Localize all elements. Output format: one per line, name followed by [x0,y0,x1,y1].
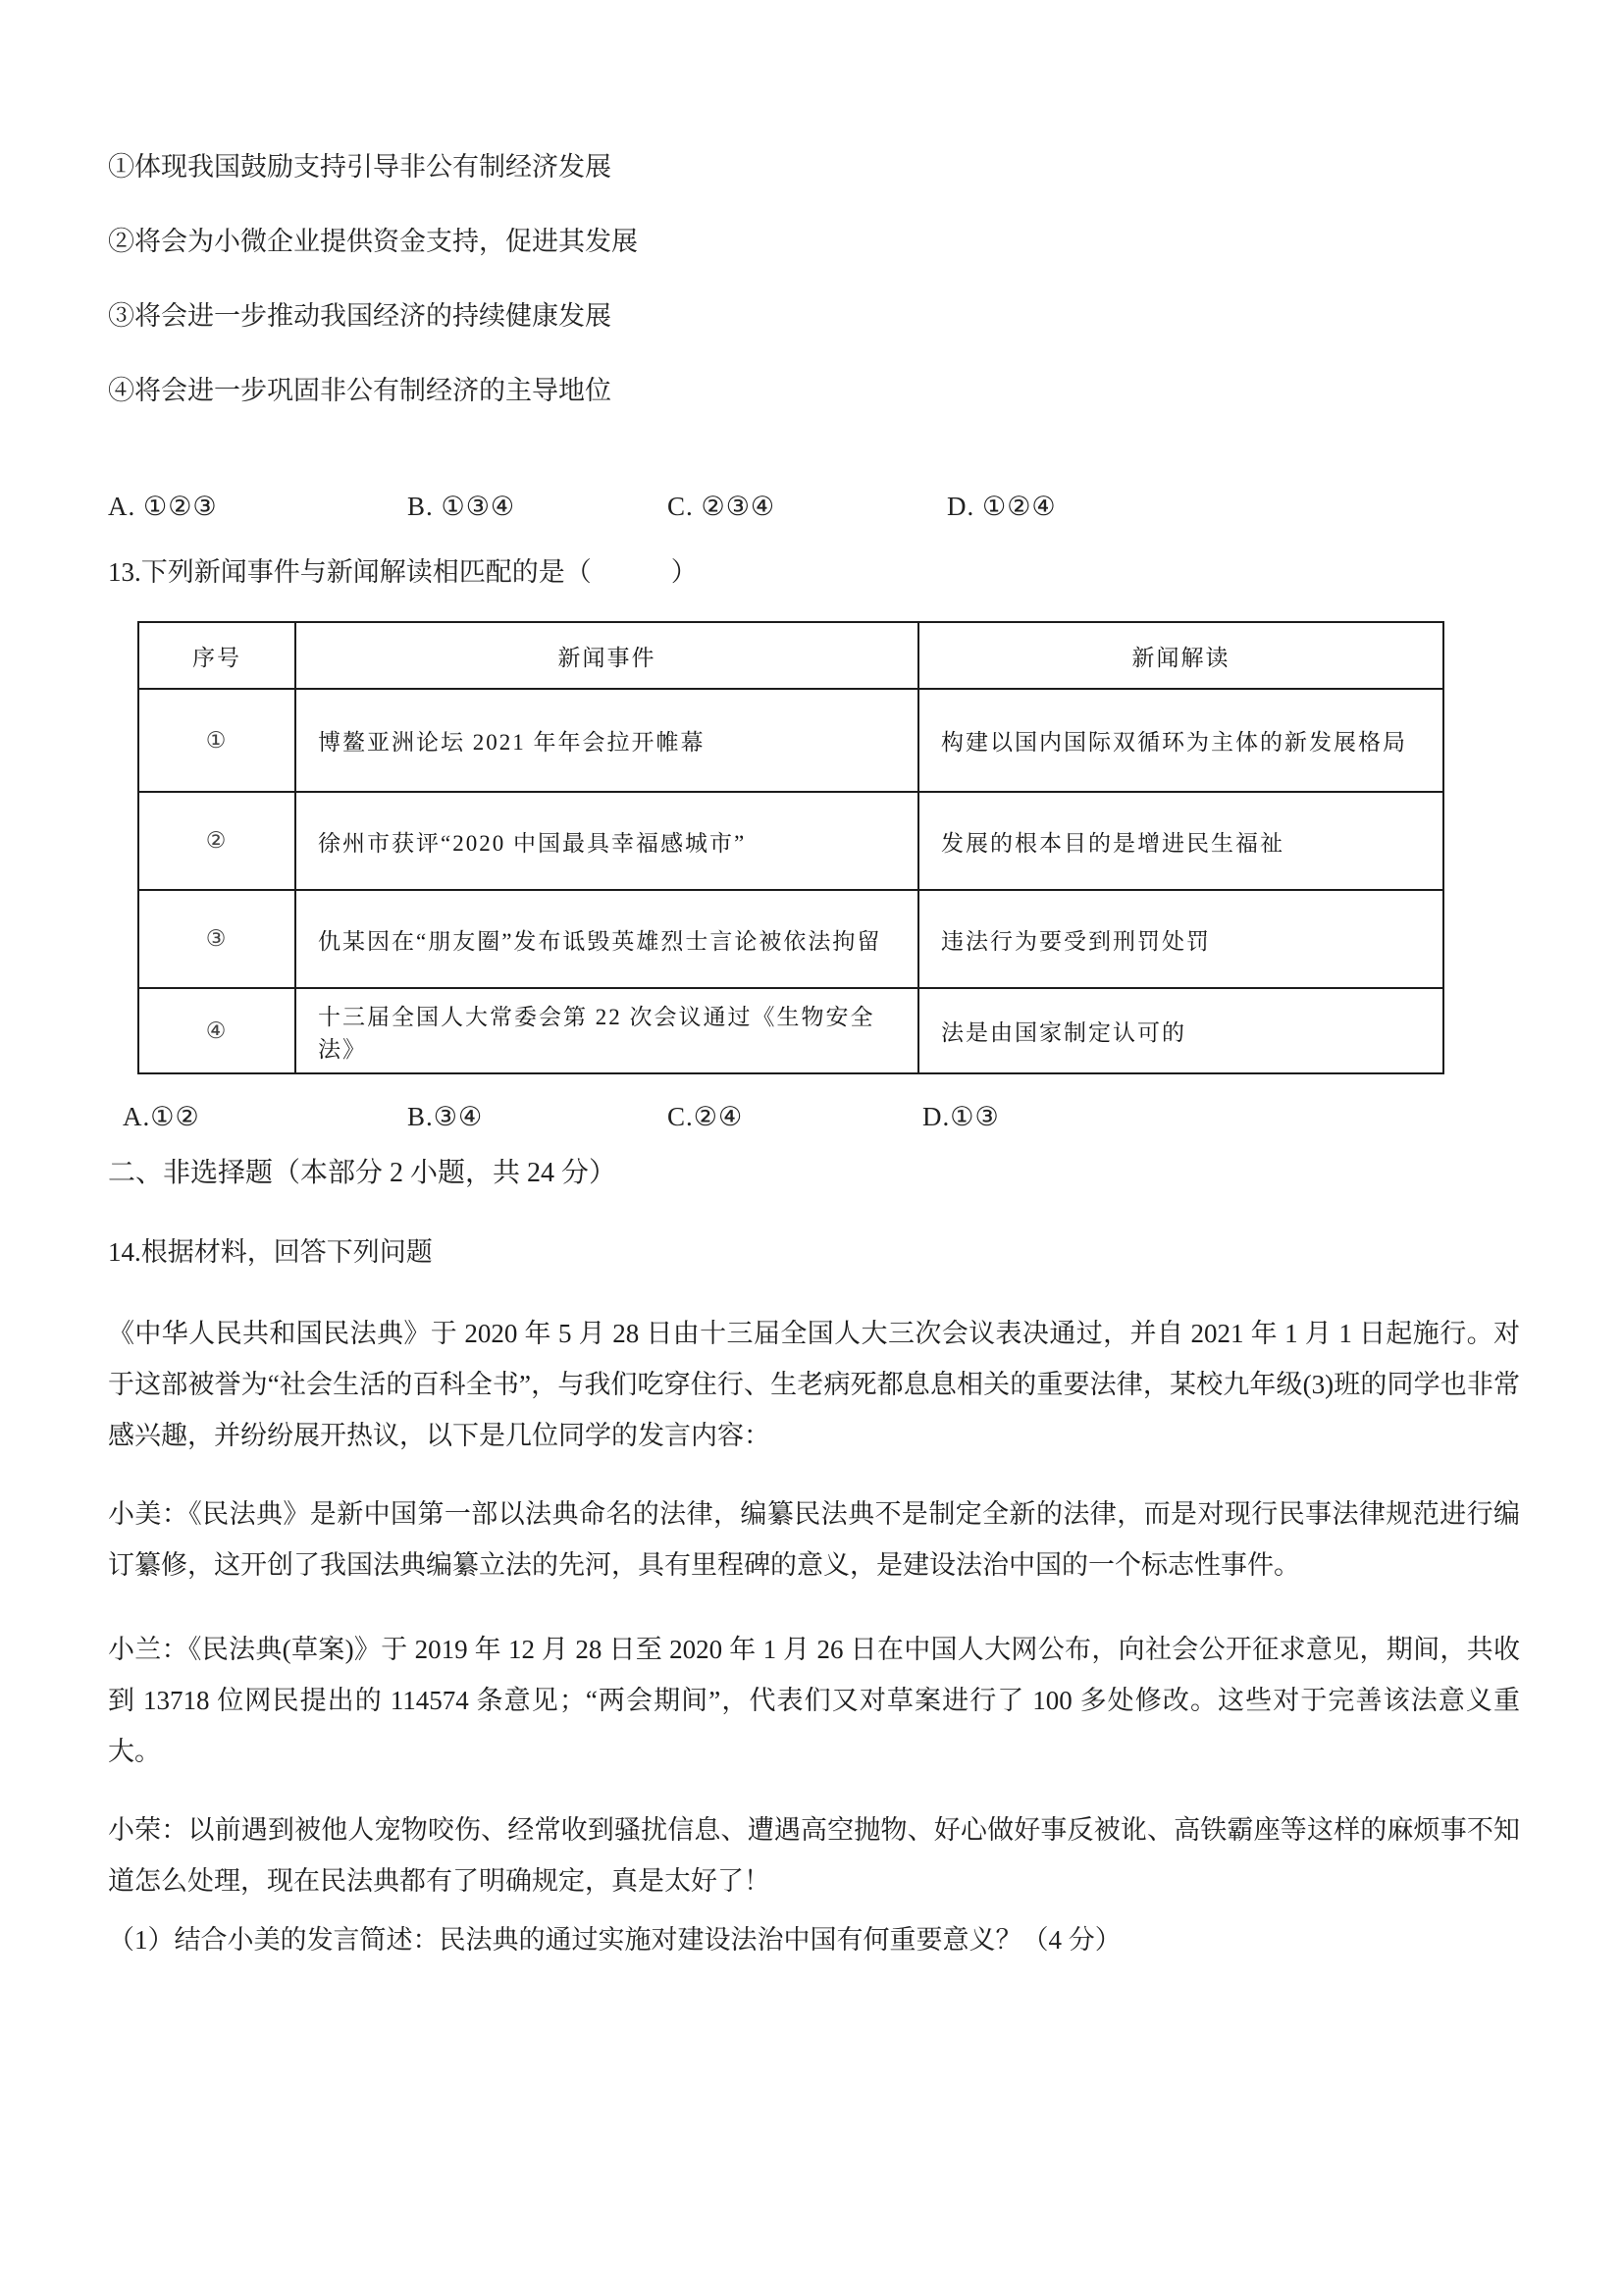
table-header-row: 序号 新闻事件 新闻解读 [138,622,1443,689]
q13-choice-d: D.①③ [922,1099,1520,1134]
table-cell-event: 徐州市获评“2020 中国最具幸福感城市” [295,792,918,890]
q12-statement-4: ④将会进一步巩固非公有制经济的主导地位 [108,373,1520,408]
q14-xiaolan-paragraph: 小兰：《民法典(草案)》于 2019 年 12 月 28 日至 2020 年 1… [108,1624,1520,1777]
q12-choice-c: C. ②③④ [667,489,947,524]
q14-subquestion-1: （1）结合小美的发言简述：民法典的通过实施对建设法治中国有何重要意义？（4 分） [108,1920,1520,1959]
q14-xiaorong-paragraph: 小荣：以前遇到被他人宠物咬伤、经常收到骚扰信息、遭遇高空抛物、好心做好事反被讹、… [108,1804,1520,1906]
q13-stem: 13.下列新闻事件与新闻解读相匹配的是（ ） [108,554,1520,590]
table-cell-interpretation: 违法行为要受到刑罚处罚 [918,890,1443,988]
table-header-no: 序号 [138,622,295,689]
q12-statement-3: ③将会进一步推动我国经济的持续健康发展 [108,298,1520,334]
q13-choice-b: B.③④ [407,1099,667,1134]
q13-news-table: 序号 新闻事件 新闻解读 ① 博鳌亚洲论坛 2021 年年会拉开帷幕 构建以国内… [137,621,1444,1074]
q13-choice-c: C.②④ [667,1099,922,1134]
q14-lead: 14.根据材料，回答下列问题 [108,1234,1520,1270]
q12-statement-2: ②将会为小微企业提供资金支持，促进其发展 [108,224,1520,259]
section2-heading: 二、非选择题（本部分 2 小题，共 24 分） [108,1156,1520,1191]
table-row: ① 博鳌亚洲论坛 2021 年年会拉开帷幕 构建以国内国际双循环为主体的新发展格… [138,689,1443,792]
q13-choices-row: A.①② B.③④ C.②④ D.①③ [123,1099,1520,1134]
table-cell-interpretation: 法是由国家制定认可的 [918,988,1443,1073]
table-cell-event: 仇某因在“朋友圈”发布诋毁英雄烈士言论被依法拘留 [295,890,918,988]
table-cell-no: ④ [138,988,295,1073]
table-cell-no: ① [138,689,295,792]
q14-material-paragraph: 《中华人民共和国民法典》于 2020 年 5 月 28 日由十三届全国人大三次会… [108,1308,1520,1461]
table-cell-event: 博鳌亚洲论坛 2021 年年会拉开帷幕 [295,689,918,792]
table-header-interpretation: 新闻解读 [918,622,1443,689]
table-cell-no: ② [138,792,295,890]
table-cell-interpretation: 构建以国内国际双循环为主体的新发展格局 [918,689,1443,792]
q12-choice-a: A. ①②③ [108,489,407,524]
table-header-event: 新闻事件 [295,622,918,689]
q14-xiaomei-paragraph: 小美：《民法典》是新中国第一部以法典命名的法律，编纂民法典不是制定全新的法律，而… [108,1488,1520,1591]
q12-choice-b: B. ①③④ [407,489,667,524]
q12-choices-row: A. ①②③ B. ①③④ C. ②③④ D. ①②④ [108,489,1520,524]
table-row: ② 徐州市获评“2020 中国最具幸福感城市” 发展的根本目的是增进民生福祉 [138,792,1443,890]
exam-paper-page: ①体现我国鼓励支持引导非公有制经济发展 ②将会为小微企业提供资金支持，促进其发展… [0,0,1623,2296]
q13-choice-a: A.①② [123,1099,407,1134]
table-cell-interpretation: 发展的根本目的是增进民生福祉 [918,792,1443,890]
q12-statement-1: ①体现我国鼓励支持引导非公有制经济发展 [108,149,1520,184]
table-cell-no: ③ [138,890,295,988]
table-cell-event: 十三届全国人大常委会第 22 次会议通过《生物安全法》 [295,988,918,1073]
q12-choice-d: D. ①②④ [947,489,1520,524]
table-row: ③ 仇某因在“朋友圈”发布诋毁英雄烈士言论被依法拘留 违法行为要受到刑罚处罚 [138,890,1443,988]
table-row: ④ 十三届全国人大常委会第 22 次会议通过《生物安全法》 法是由国家制定认可的 [138,988,1443,1073]
